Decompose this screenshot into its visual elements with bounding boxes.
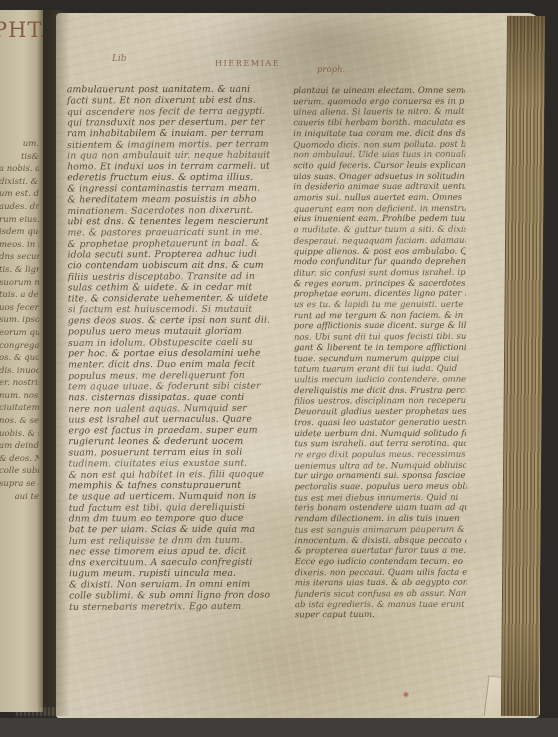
manuscript-text-line: rendam dilectionem. in alis tuis inuen — [295, 514, 467, 525]
faint-shelfmark — [16, 707, 84, 716]
manuscript-text-line: a nobis. dns — [0, 163, 39, 176]
manuscript-text-line: in iniquitate tua coram me. dicit dns ds… — [293, 129, 465, 140]
manuscript-text-line: & propterea auertatur furor tuus a me. — [295, 546, 467, 557]
manuscript-text-line: & reges eorum. principes & sacerdotes & — [294, 278, 466, 289]
manuscript-text-line: eius inuenient eam. Prohibe pedem tuum — [294, 214, 466, 225]
facing-page-title-letters: PHTAE: — [0, 18, 43, 42]
manuscript-text-line: me. & pastores praeuaricati sunt in me. — [67, 227, 295, 239]
photographed-manuscript-scene: PHTAE: um.tis&a nobis. dnsdixisti. & nob… — [0, 0, 558, 737]
manuscript-text-line: supra se ornata meretrix. — [0, 478, 39, 491]
manuscript-text-line: nos. Ubi sunt dii tui quos fecisti tibi.… — [294, 332, 466, 344]
book-fore-edge — [501, 16, 545, 716]
manuscript-text-line: eorum quoque — [0, 327, 39, 340]
text-column-left: ambulauerunt post uanitatem. & uanifacti… — [67, 84, 297, 617]
manuscript-text-line: um. — [0, 138, 39, 151]
manuscript-text-line: scito quid feceris. Cursor leuis explica… — [293, 161, 465, 172]
manuscript-text-line: rum eius. in d — [0, 214, 39, 227]
manuscript-text-line: funderis sicut confusa es ab assur. Nam … — [295, 589, 467, 601]
manuscript-text-line: idola secuti sunt. Propterea adhuc iudi — [68, 249, 296, 261]
manuscript-text-line: qui transduxit nos per desertum. per ter — [67, 117, 295, 129]
red-ink-stain — [403, 691, 409, 698]
manuscript-text-line: ambulauerunt post uanitatem. & uani — [67, 84, 295, 96]
manuscript-text-line: amoris sui. nullus auertet eam. Omnes qu… — [293, 193, 465, 204]
manuscript-text-line: dis. inuocauerunt — [0, 365, 39, 378]
manuscript-text-line: uos fecerunt — [0, 302, 39, 315]
manuscript-text-line: gant & liberent te in tempore affliction… — [294, 343, 466, 354]
manuscript-text-line: homo. Et induxi uos in terram carmeli. u… — [67, 161, 295, 173]
manuscript-text-line: os. & quoniam nob — [0, 352, 39, 365]
manuscript-text-line: ubi est dns. & tenentes legem nescierunt — [67, 216, 295, 228]
manuscript-text-line: teris bonam ostendere uiam tuam ad quae — [295, 503, 467, 514]
manuscript-text-line: ciuitatem. a q — [0, 402, 39, 415]
manuscript-text-line: rugierunt leones & dederunt uocem — [68, 436, 296, 448]
manuscript-text-line: dnm dm tuum eo tempore quo duce — [69, 513, 297, 525]
manuscript-text-line: uidete uerbum dni. Numquid solitudo fac — [294, 428, 466, 439]
manuscript-text-line: tuae. secundum numerum quippe ciui — [294, 353, 466, 364]
manuscript-text-line: dns secundum — [0, 251, 39, 264]
manuscript-text-line: mis iterans uias tuas. & ab aegypto con — [295, 578, 467, 589]
text-column-right: plantaui te uineam electam. Omne semenue… — [293, 86, 467, 627]
manuscript-text-line: tis. & lignum — [0, 264, 39, 277]
running-title-left: Lib — [112, 54, 127, 64]
manuscript-text-line: memphis & tafnes constuprauerunt — [69, 480, 297, 492]
manuscript-text-line: iugum meum. rupisti uincula mea. — [69, 568, 297, 580]
manuscript-text-line: dereliquistis me dicit dns. Frustra perc… — [294, 386, 466, 397]
manuscript-text-line: cio contendam uobiscum ait dns. & cum — [68, 260, 296, 272]
facing-page-text-fragments: um.tis&a nobis. dnsdixisti. & nobisum es… — [0, 138, 39, 503]
manuscript-text-line: am deinde. dixit — [0, 440, 39, 453]
running-title-right: proph. — [317, 65, 345, 75]
manuscript-text-line: uias suas. Onager adsuetus in solitudine — [293, 171, 465, 182]
manuscript-text-line: prophetae eorum. dicentes ligno pater me — [294, 289, 466, 300]
manuscript-text-line: suorum nisi d — [0, 277, 39, 290]
manuscript-text-line: meos. in saecula — [0, 239, 39, 252]
manuscript-text-line: nas. cisternas dissipatas. quae conti — [68, 392, 296, 404]
manuscript-text-line: tur uirgo ornamenti sui. sponsa fasciae — [294, 471, 466, 482]
manuscript-text-line: colle sublimi. & sub omni ligno fron dos… — [69, 590, 297, 602]
manuscript-text-line: pectoralis suae. populus uero meus obli — [294, 482, 466, 493]
manuscript-text-line: tis& — [0, 151, 39, 164]
manuscript-text-line: aui te — [0, 491, 39, 504]
manuscript-text-line: non ambulaui. Uide uias tuas in conualle… — [293, 150, 465, 161]
manuscript-text-line: modo confunditur fur quando deprehen — [294, 257, 466, 268]
manuscript-text-line: nos. & seruos — [0, 415, 39, 428]
manuscript-text-line: sum. ipsorum — [0, 314, 39, 327]
manuscript-text-line: audes. dns nos. — [0, 201, 39, 214]
manuscript-text-line: num. nostris — [0, 390, 39, 403]
manuscript-text-line: Deuorauit gladius uester prophetas ues — [294, 407, 466, 418]
manuscript-text-line: um est. deos. in — [0, 188, 39, 201]
manuscript-text-line: plantaui te uineam electam. Omne semen — [293, 86, 465, 97]
manuscript-text-line: & hereditatem meam posuistis in abho — [67, 194, 295, 206]
manuscript-page: Lib HIEREMIAE proph. ambulauerunt post u… — [56, 13, 540, 718]
manuscript-text-line: pore afflictionis suae dicent. surge & l… — [294, 321, 466, 332]
bottom-grey-mat — [0, 718, 558, 737]
manuscript-text-line: in desiderio animae suae adtraxit uentum — [293, 182, 465, 193]
manuscript-text-line: tu sternebaris meretrix. Ego autem — [69, 601, 297, 613]
manuscript-text-line: Ecce ego iudicio contendam tecum. eo quo… — [295, 557, 467, 568]
manuscript-text-line: tem aquae uiuae. & foderunt sibi cister — [68, 381, 296, 393]
manuscript-text-line: innocentum. & dixisti. absque peccato & — [295, 535, 467, 546]
manuscript-text-line: tite. & considerate uehementer. & uidete — [68, 293, 296, 305]
manuscript-text-line: quippe alienos. & post eos ambulabo. Quo — [294, 246, 466, 257]
manuscript-text-line: re ergo dixit populus meus. recessimus. … — [294, 450, 466, 461]
manuscript-text-line: bat te per uiam. Scias & uide quia ma — [69, 524, 297, 536]
manuscript-text-line: dixeris. non peccaui. Quam uilis facta e… — [295, 567, 467, 578]
manuscript-text-line: caueris tibi herbam borith. maculata es — [293, 118, 465, 129]
manuscript-text-line: us es tu. & lapidi tu me genuisti. uerte — [294, 300, 466, 311]
running-title-center: HIEREMIAE — [215, 59, 280, 68]
manuscript-text-line: te usque ad uerticem. Numquid non is — [69, 491, 297, 503]
manuscript-text-line: facti sunt. Et non dixerunt ubi est dns. — [67, 95, 295, 107]
manuscript-text-line: si factum est huiuscemodi. Si mutauit — [68, 304, 296, 316]
manuscript-text-line: super caput tuum. — [295, 610, 467, 621]
manuscript-text-line: congregauerunt uel. — [0, 340, 39, 353]
manuscript-text-line: ergo est factus in praedam. super eum — [68, 425, 296, 437]
manuscript-text-line: menter. dicit dns. Duo enim mala fecit — [68, 359, 296, 371]
manuscript-text-line: tudinem. ciuitates eius exustae sunt. — [68, 458, 296, 470]
manuscript-text-line: per hoc. & portae eius desolamini uehe — [68, 348, 296, 360]
manuscript-text-line: dixisti. & nobis — [0, 176, 39, 189]
manuscript-text-line: ederetis fructum eius. & optima illius. — [67, 172, 295, 184]
manuscript-text-line: dns exercituum. A saeculo confregisti — [69, 557, 297, 569]
manuscript-text-line: colle sublimi. & fron dolo — [0, 465, 39, 478]
manuscript-text-line: ab ista egredieris. & manus tuae erunt — [295, 600, 467, 611]
manuscript-text-line: & deos. Non seruiam — [0, 453, 39, 466]
manuscript-text-line: isdem quoque — [0, 226, 39, 239]
manuscript-text-line: tuis. a deo. in — [0, 289, 39, 302]
manuscript-text-line: tus sum israheli. aut terra serotina. qu… — [294, 439, 466, 450]
manuscript-text-line: ram inhabitabilem & inuiam. per terram — [67, 128, 295, 140]
manuscript-text-line: a nuditate. & guttur tuum a siti. & dixi… — [294, 225, 466, 236]
manuscript-text-line: uobis. & s. apud nos — [0, 428, 39, 441]
manuscript-text-line: uultis mecum iudicio contendere. omnes — [294, 375, 466, 386]
manuscript-text-line: populus uero meus mutauit gloriam — [68, 326, 296, 338]
manuscript-text-line: runt ad me tergum & non faciem. & in tem — [294, 310, 466, 321]
manuscript-text-line: er. nostris d — [0, 377, 39, 390]
facing-page-edge: PHTAE: um.tis&a nobis. dnsdixisti. & nob… — [0, 10, 43, 712]
manuscript-text-line: tros. quasi leo uastator generatio uestr… — [294, 417, 466, 428]
